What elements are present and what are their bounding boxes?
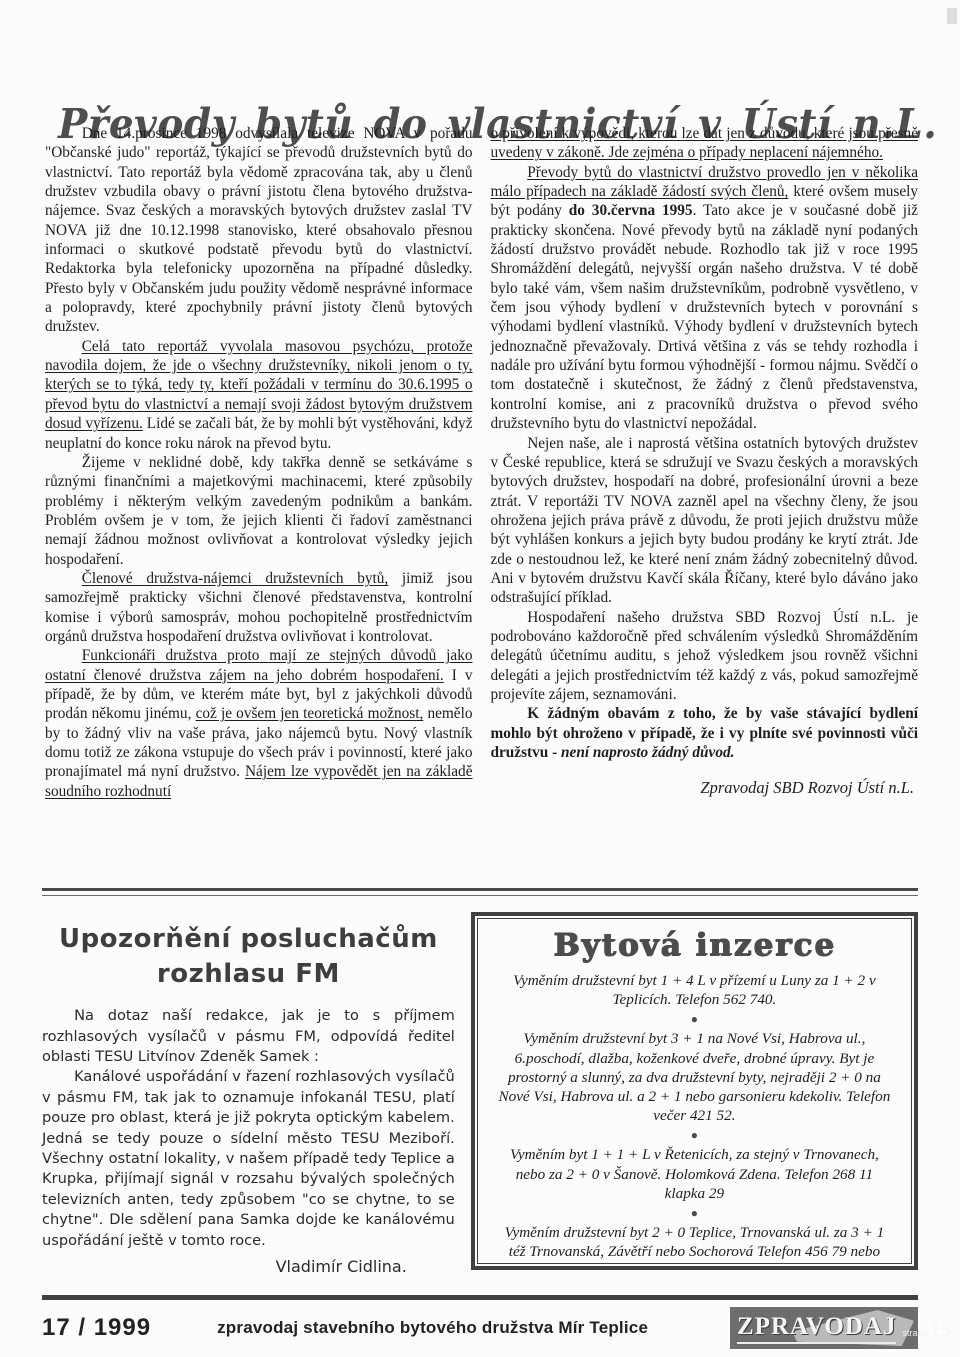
fm-section-heading: Upozorňění posluchačům rozhlasu FM	[42, 922, 455, 992]
footer-publisher: zpravodaj stavebního bytového družstva M…	[217, 1318, 648, 1338]
ad-item: Vyměním družstevní byt 1 + 4 L v přízemí…	[498, 971, 891, 1009]
ad-item: Vyměním byt 1 + 1 + L v Řetenicích, za s…	[498, 1145, 891, 1203]
scan-artifact	[947, 8, 957, 24]
article: Dne 14.prosince 1998 odvysílala televize…	[45, 124, 918, 888]
bullet-dot-icon: ●	[492, 1012, 897, 1026]
fm-heading-line1: Upozorňění posluchačům	[42, 922, 455, 957]
footer-divider	[42, 1295, 918, 1300]
bullet-dot-icon: ●	[492, 1128, 897, 1142]
footer-issue-number: 17 / 1999	[42, 1314, 151, 1342]
article-column-right: o přivolení k výpovědi, kterou lze dát j…	[491, 124, 919, 888]
logo-wordmark: ZPRAVODAJ	[737, 1313, 896, 1344]
bullet-dot-icon: ●	[492, 1206, 897, 1220]
paragraph: Celá tato reportáž vyvolala masovou psyc…	[45, 337, 473, 453]
page-number: 15	[930, 1320, 950, 1341]
paragraph: Hospodaření našeho družstva SBD Rozvoj Ú…	[491, 608, 919, 705]
footer: 17 / 1999 zpravodaj stavebního bytového …	[42, 1306, 918, 1350]
ad-item: Vyměním družstevní byt 2 + 0 Teplice, Tr…	[498, 1223, 891, 1264]
classifieds-title: Bytová inzerce	[492, 927, 897, 963]
classifieds-section: Bytová inzerce Vyměním družstevní byt 1 …	[471, 912, 918, 1276]
paragraph: Kanálové uspořádání v řazení rozhlasovýc…	[42, 1067, 455, 1251]
paragraph: o přivolení k výpovědi, kterou lze dát j…	[491, 124, 919, 163]
bottom-sections: Upozorňění posluchačům rozhlasu FM Na do…	[42, 912, 918, 1276]
section-divider	[42, 888, 918, 896]
article-signature: Zpravodaj SBD Rozvoj Ústí n.L.	[491, 778, 919, 797]
fm-notice-section: Upozorňění posluchačům rozhlasu FM Na do…	[42, 912, 455, 1276]
paragraph: Nejen naše, ale i naprostá většina ostat…	[491, 434, 919, 608]
classifieds-box: Bytová inzerce Vyměním družstevní byt 1 …	[471, 912, 918, 1270]
zpravodaj-logo: ZPRAVODAJ strana 15	[730, 1307, 918, 1349]
paragraph: Na dotaz naší redakce, jak je to s příjm…	[42, 1006, 455, 1067]
paragraph: Členové družstva-nájemci družstevních by…	[45, 569, 473, 646]
article-column-left: Dne 14.prosince 1998 odvysílala televize…	[45, 124, 473, 888]
paragraph: K žádným obavám z toho, že by vaše stáva…	[491, 704, 919, 762]
page-number-label: strana	[902, 1328, 927, 1338]
fm-heading-line2: rozhlasu FM	[42, 957, 455, 992]
paragraph: Dne 14.prosince 1998 odvysílala televize…	[45, 124, 473, 337]
paragraph: Žijeme v neklidné době, kdy takřka denně…	[45, 453, 473, 569]
paragraph: Funkcionáři družstva proto mají ze stejn…	[45, 646, 473, 801]
fm-section-body: Na dotaz naší redakce, jak je to s příjm…	[42, 1006, 455, 1251]
classifieds-box-inner: Bytová inzerce Vyměním družstevní byt 1 …	[477, 918, 912, 1264]
paragraph: Převody bytů do vlastnictví družstvo pro…	[491, 163, 919, 434]
fm-signature: Vladimír Cidlina.	[42, 1257, 455, 1276]
ad-item: Vyměním družstevní byt 3 + 1 na Nové Vsi…	[498, 1029, 891, 1125]
